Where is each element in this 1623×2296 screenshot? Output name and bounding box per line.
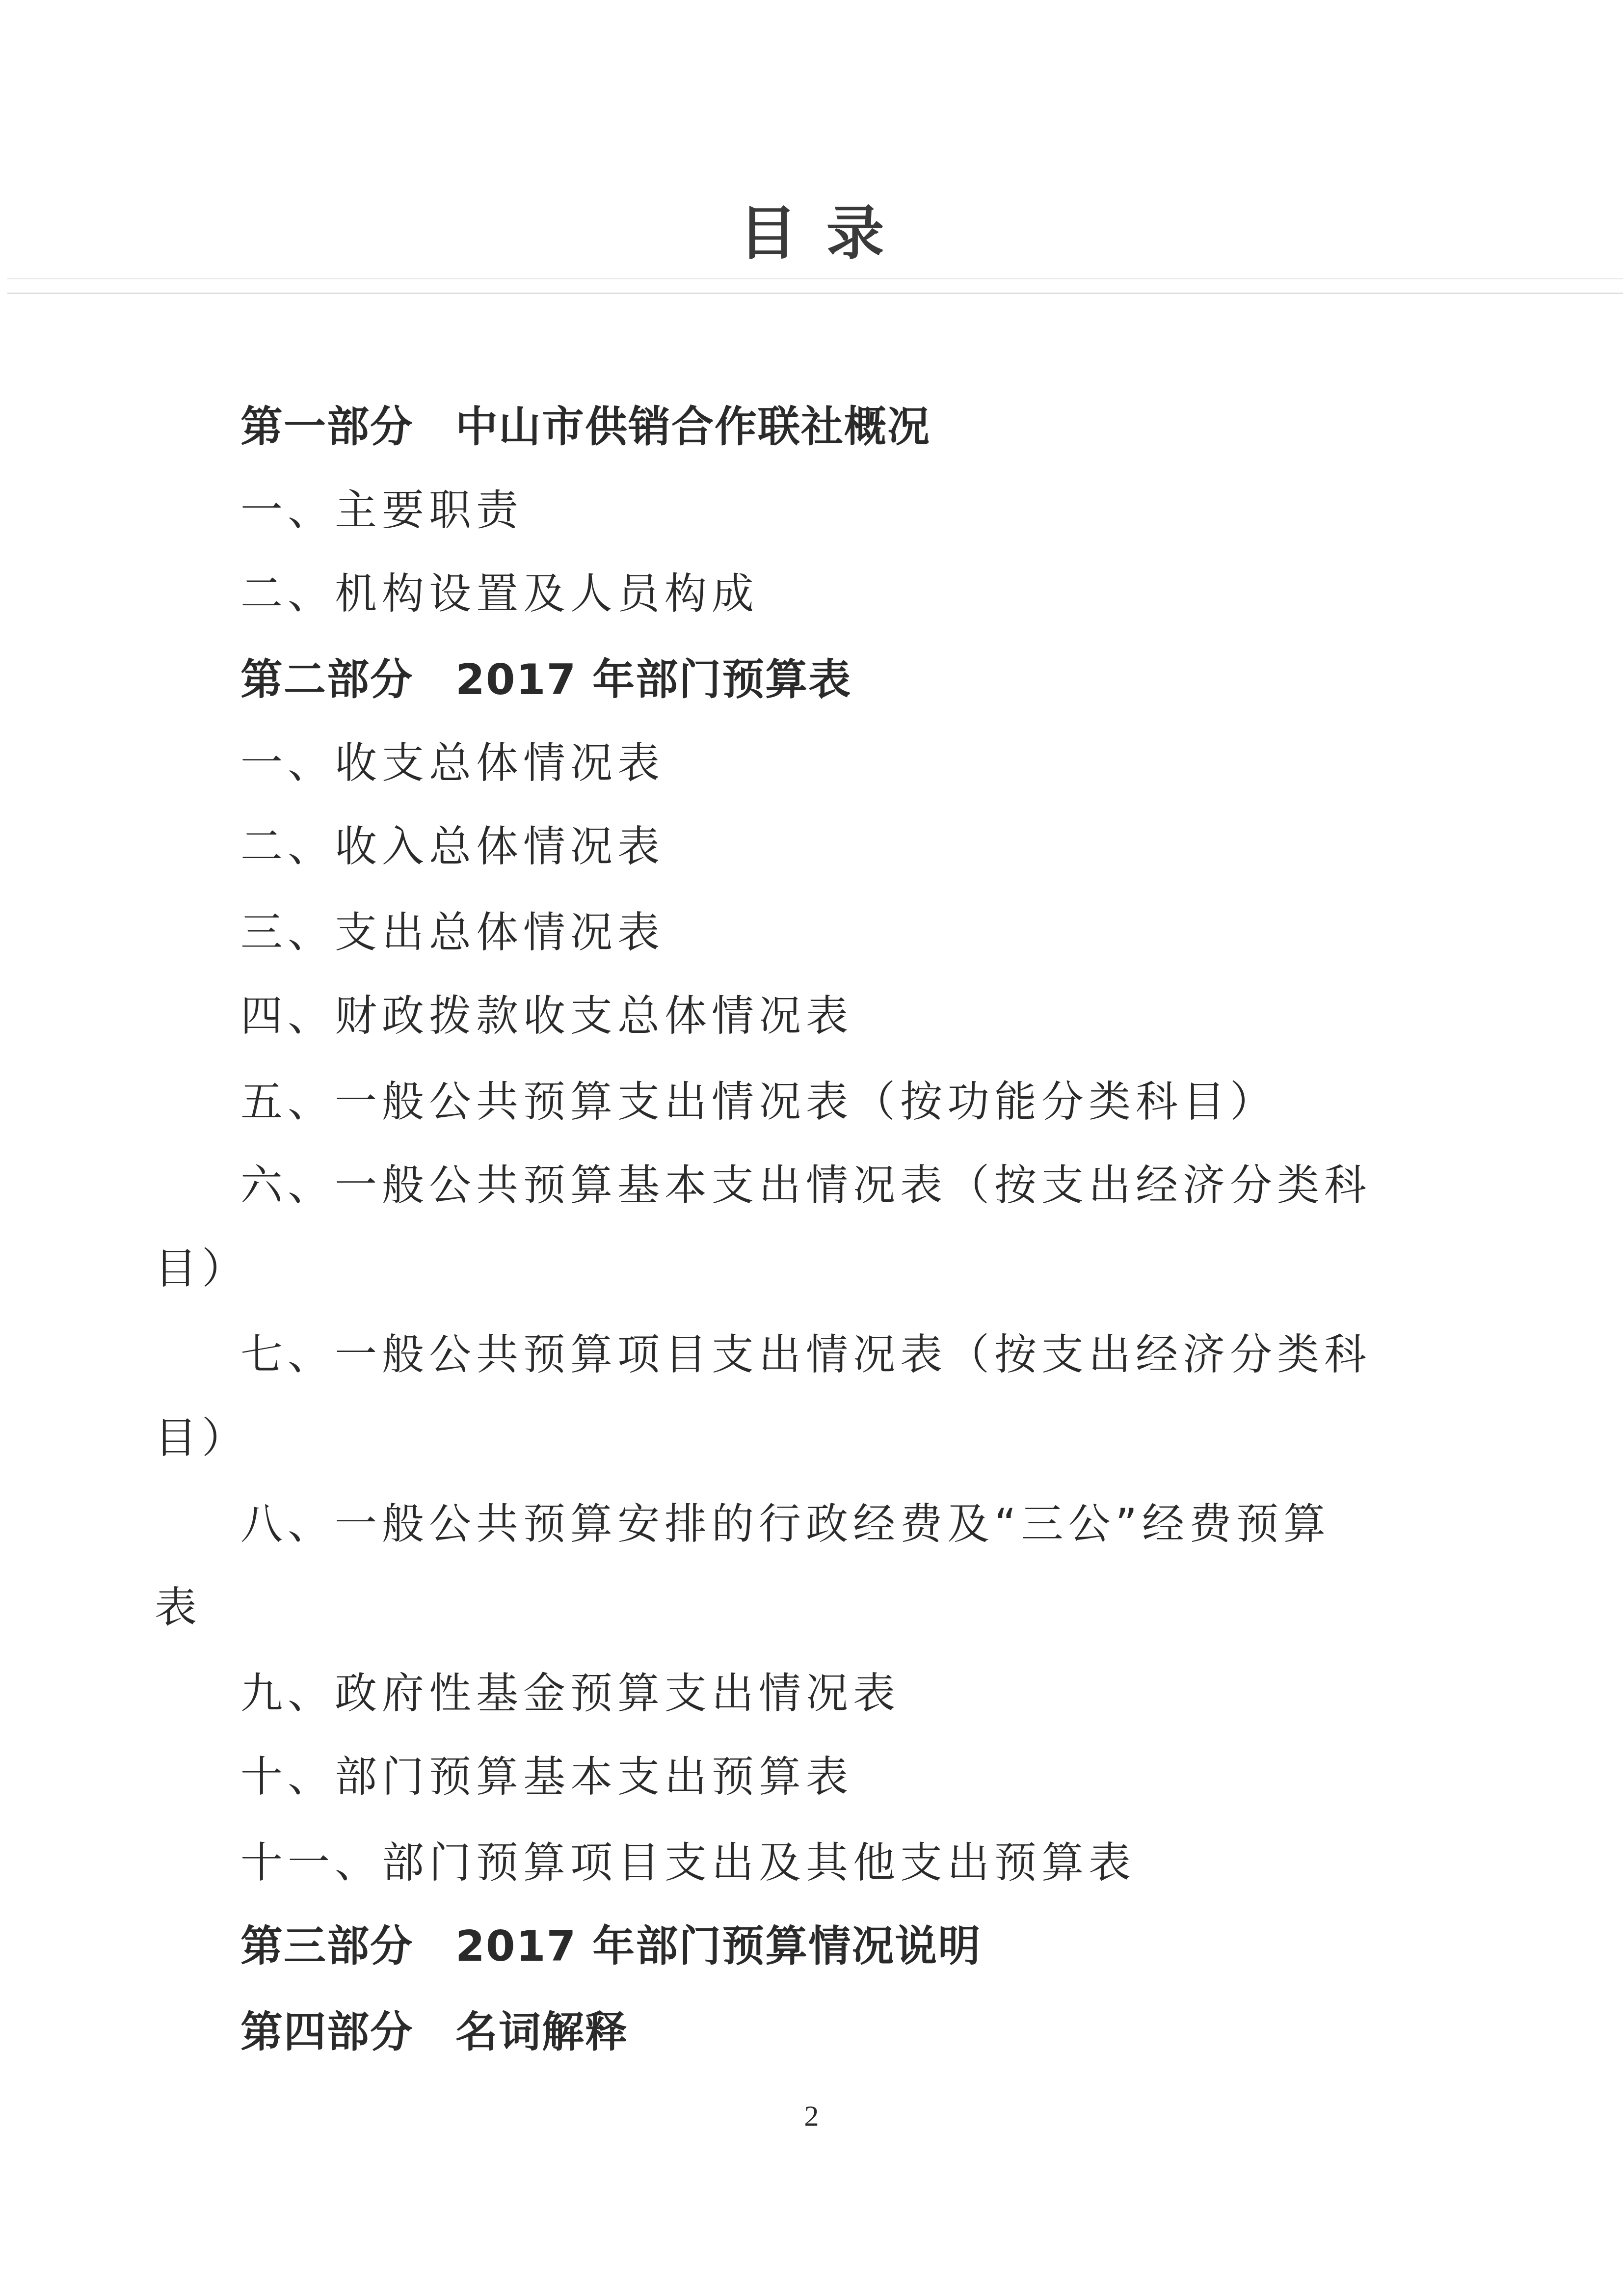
- toc-item-continuation[interactable]: 目）: [155, 1411, 249, 1465]
- toc-item-continuation[interactable]: 表: [155, 1581, 202, 1635]
- toc-item[interactable]: 一、主要职责: [240, 484, 523, 538]
- toc-item[interactable]: 三、支出总体情况表: [240, 906, 665, 960]
- toc-item[interactable]: 五、一般公共预算支出情况表（按功能分类科目）: [240, 1075, 1277, 1129]
- toc-part-4[interactable]: 第四部分名词解释: [240, 2005, 628, 2059]
- toc-item[interactable]: 六、一般公共预算基本支出情况表（按支出经济分类科: [240, 1159, 1371, 1213]
- toc-item[interactable]: 二、机构设置及人员构成: [240, 567, 759, 621]
- part-label: 第三部分: [240, 1922, 413, 1971]
- part-title: 2017 年部门预算情况说明: [455, 1922, 981, 1971]
- part-title: 名词解释: [455, 2008, 628, 2057]
- toc-item[interactable]: 二、收入总体情况表: [240, 820, 665, 874]
- divider-line: [7, 293, 1623, 294]
- toc-part-1[interactable]: 第一部分中山市供销合作联社概况: [240, 400, 931, 454]
- document-page: 目录 第一部分中山市供销合作联社概况 一、主要职责 二、机构设置及人员构成 第二…: [0, 0, 1623, 2296]
- toc-item[interactable]: 四、财政拨款收支总体情况表: [240, 989, 853, 1043]
- page-title: 目录: [0, 196, 1623, 270]
- toc-item[interactable]: 一、收支总体情况表: [240, 736, 665, 790]
- part-label: 第二部分: [240, 655, 413, 704]
- toc-item[interactable]: 九、政府性基金预算支出情况表: [240, 1667, 900, 1721]
- part-label: 第一部分: [240, 403, 413, 452]
- page-number: 2: [0, 2096, 1623, 2135]
- part-label: 第四部分: [240, 2008, 413, 2057]
- toc-item-continuation[interactable]: 目）: [155, 1242, 249, 1296]
- toc-item[interactable]: 十一、部门预算项目支出及其他支出预算表: [240, 1836, 1136, 1890]
- toc-item[interactable]: 十、部门预算基本支出预算表: [240, 1750, 853, 1804]
- divider-line: [7, 278, 1623, 279]
- toc-item[interactable]: 七、一般公共预算项目支出情况表（按支出经济分类科: [240, 1328, 1371, 1382]
- toc-part-3[interactable]: 第三部分2017 年部门预算情况说明: [240, 1919, 981, 1973]
- part-title: 中山市供销合作联社概况: [455, 403, 931, 452]
- toc-part-2[interactable]: 第二部分2017 年部门预算表: [240, 653, 851, 707]
- toc-item[interactable]: 八、一般公共预算安排的行政经费及“三公”经费预算: [240, 1497, 1330, 1551]
- part-title: 2017 年部门预算表: [455, 655, 851, 704]
